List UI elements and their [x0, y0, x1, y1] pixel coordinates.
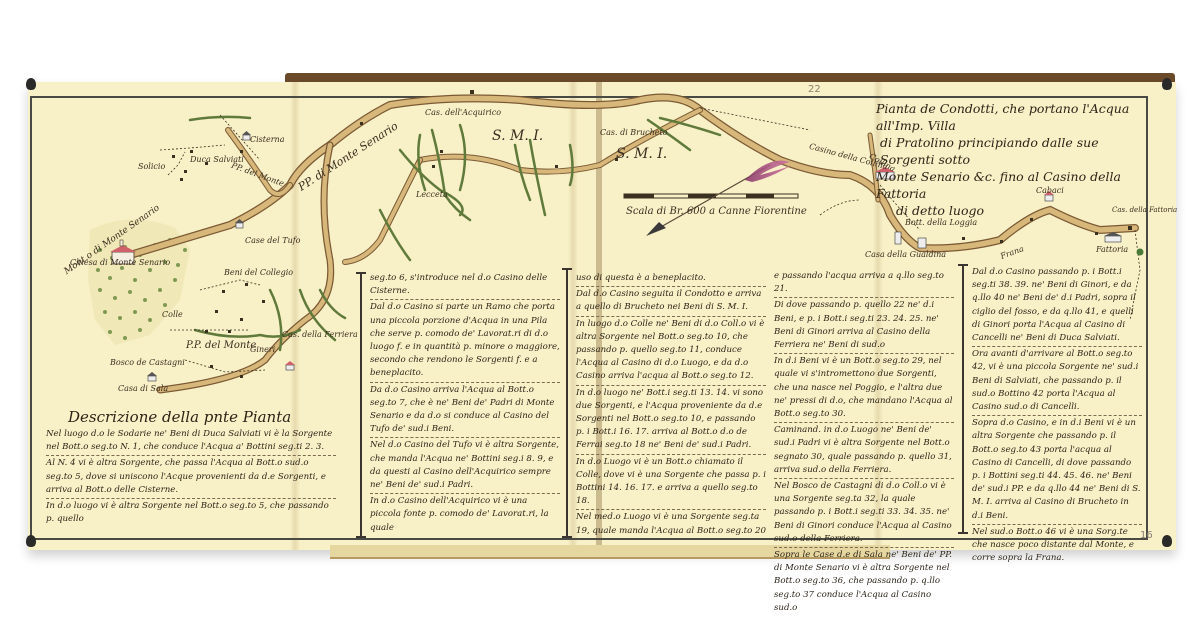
map-label-cas-ferriera: Cas. della Ferriera — [282, 330, 358, 339]
description-column-5: Dal d.o Casino passando p. i Bott.i seg.… — [972, 266, 1142, 567]
house-icon — [147, 372, 157, 381]
map-label-gineri: Gineri — [250, 345, 275, 354]
map-label-casino-acquirico: Cas. dell'Acquirico — [425, 108, 501, 117]
title-line: Pianta de Condotti, che portano l'Acqua … — [876, 100, 1146, 134]
map-label-pp-del-monte-bottom: P.P. del Monte — [186, 340, 256, 351]
description-paragraph: Caminand. in d.o Luogo ne' Beni de' sud.… — [774, 424, 954, 479]
house-icon — [285, 361, 295, 370]
description-paragraph: Dal d.o Casino passando p. i Bott.i seg.… — [972, 266, 1142, 347]
description-paragraph: Sopra le Case d.e di Sala ne' Beni de' P… — [774, 549, 954, 616]
description-paragraph: In d.o Casino dell'Acquirico vi è una pi… — [370, 495, 560, 536]
description-paragraph: Dal d.o Casino seguita il Condotto e arr… — [576, 288, 766, 316]
description-paragraph: Ora avanti d'arrivare al Bott.o seg.to 4… — [972, 348, 1142, 416]
map-label-smi-2: S. M. I. — [616, 146, 667, 162]
description-paragraph: Sopra d.o Casino, e in d.i Beni vi è un … — [972, 417, 1142, 525]
map-label-lecceta: Lecceta — [416, 190, 448, 199]
description-column-3: uso di questa è a beneplacito. Dal d.o C… — [576, 272, 766, 540]
map-label-cas-fattoria: Cas. della Fattoria — [1112, 206, 1177, 214]
description-paragraph: In d.o Luogo vi è un Bott.o chiamato il … — [576, 456, 766, 511]
map-label-casa-sala: Casa di Sala — [118, 384, 168, 393]
description-paragraph: In d.o luogo vi è altra Sorgente nel Bot… — [46, 500, 336, 527]
map-label-cabaci: Cabaci — [1036, 186, 1064, 195]
scale-bar — [624, 194, 798, 198]
tower-icon — [918, 238, 926, 248]
map-label-casino-brucheto: Cas. di Brucheto — [600, 128, 668, 137]
description-paragraph: Di dove passando p. quello 22 ne' d.i Be… — [774, 299, 954, 354]
title-line: di detto luogo — [876, 202, 1146, 219]
map-label-beni-collegio: Beni del Collegio — [224, 268, 293, 277]
scale-label: Scala di Br. 600 a Canne Fiorentine — [626, 206, 807, 217]
description-paragraph: uso di questa è a beneplacito. — [576, 272, 766, 287]
column-rule — [566, 268, 568, 538]
description-paragraph: e passando l'acqua arriva a q.llo seg.to… — [774, 270, 954, 298]
map-label-chiesa: Chiesa di Monte Senario — [70, 258, 170, 267]
description-paragraph: In luogo d.o Colle ne' Beni di d.o Coll.… — [576, 318, 766, 386]
description-column-1: Nel luogo d.o le Sodarie ne' Beni di Duc… — [46, 428, 336, 528]
map-label-bott-loggia: Bott. della Loggia — [905, 218, 977, 227]
tower-icon — [895, 232, 901, 244]
map-label-smi-1: S. M. I. — [492, 128, 543, 144]
description-paragraph: Nel Bosco de Castagni di d.o Coll.o vi è… — [774, 480, 954, 548]
title-line: Monte Senario &c. fino al Casino della F… — [876, 168, 1146, 202]
description-paragraph: Nel d.o Casino del Tufo vi è altra Sorge… — [370, 439, 560, 494]
description-paragraph: Da d.o Casino arriva l'Acqua al Bott.o s… — [370, 384, 560, 439]
description-heading: Descrizione della pnte Pianta — [68, 408, 291, 426]
map-title: Pianta de Condotti, che portano l'Acqua … — [876, 100, 1146, 219]
description-paragraph: In d.o luogo ne' Bott.i seg.ti 13. 14. v… — [576, 387, 766, 455]
map-label-fattoria: Fattoria — [1096, 245, 1128, 254]
map-label-solicio: Solicio — [138, 162, 165, 171]
map-label-cisterna: Cisterna — [250, 135, 284, 144]
map-label-case-del-tufo: Case del Tufo — [245, 236, 301, 245]
description-paragraph: seg.to 6, s'introduce nel d.o Casino del… — [370, 272, 560, 300]
map-label-casa-gualdina: Casa della Gualdina — [865, 250, 946, 259]
description-paragraph: Dal d.o Casino si parte un Ramo che port… — [370, 301, 560, 382]
description-column-2: seg.to 6, s'introduce nel d.o Casino del… — [370, 272, 560, 537]
description-paragraph: Nel sud.o Bott.o 46 vi è una Sorg.te che… — [972, 526, 1142, 567]
title-line: di Pratolino principiando dalle sue Sorg… — [876, 134, 1146, 168]
description-paragraph: In d.i Beni vi è un Bott.o seg.to 29, ne… — [774, 355, 954, 423]
description-paragraph: Nel med.o Luogo vi è una Sorgente seg.ta… — [576, 511, 766, 538]
description-column-4: e passando l'acqua arriva a q.llo seg.to… — [774, 270, 954, 617]
map-label-bosco-castagni: Bosco de Castagni — [110, 358, 185, 367]
description-paragraph: Al N. 4 vi è altra Sorgente, che passa l… — [46, 457, 336, 499]
column-rule — [962, 264, 964, 534]
column-rule — [360, 272, 362, 538]
map-label-colle: Colle — [162, 310, 183, 319]
description-paragraph: Nel luogo d.o le Sodarie ne' Beni di Duc… — [46, 428, 336, 456]
